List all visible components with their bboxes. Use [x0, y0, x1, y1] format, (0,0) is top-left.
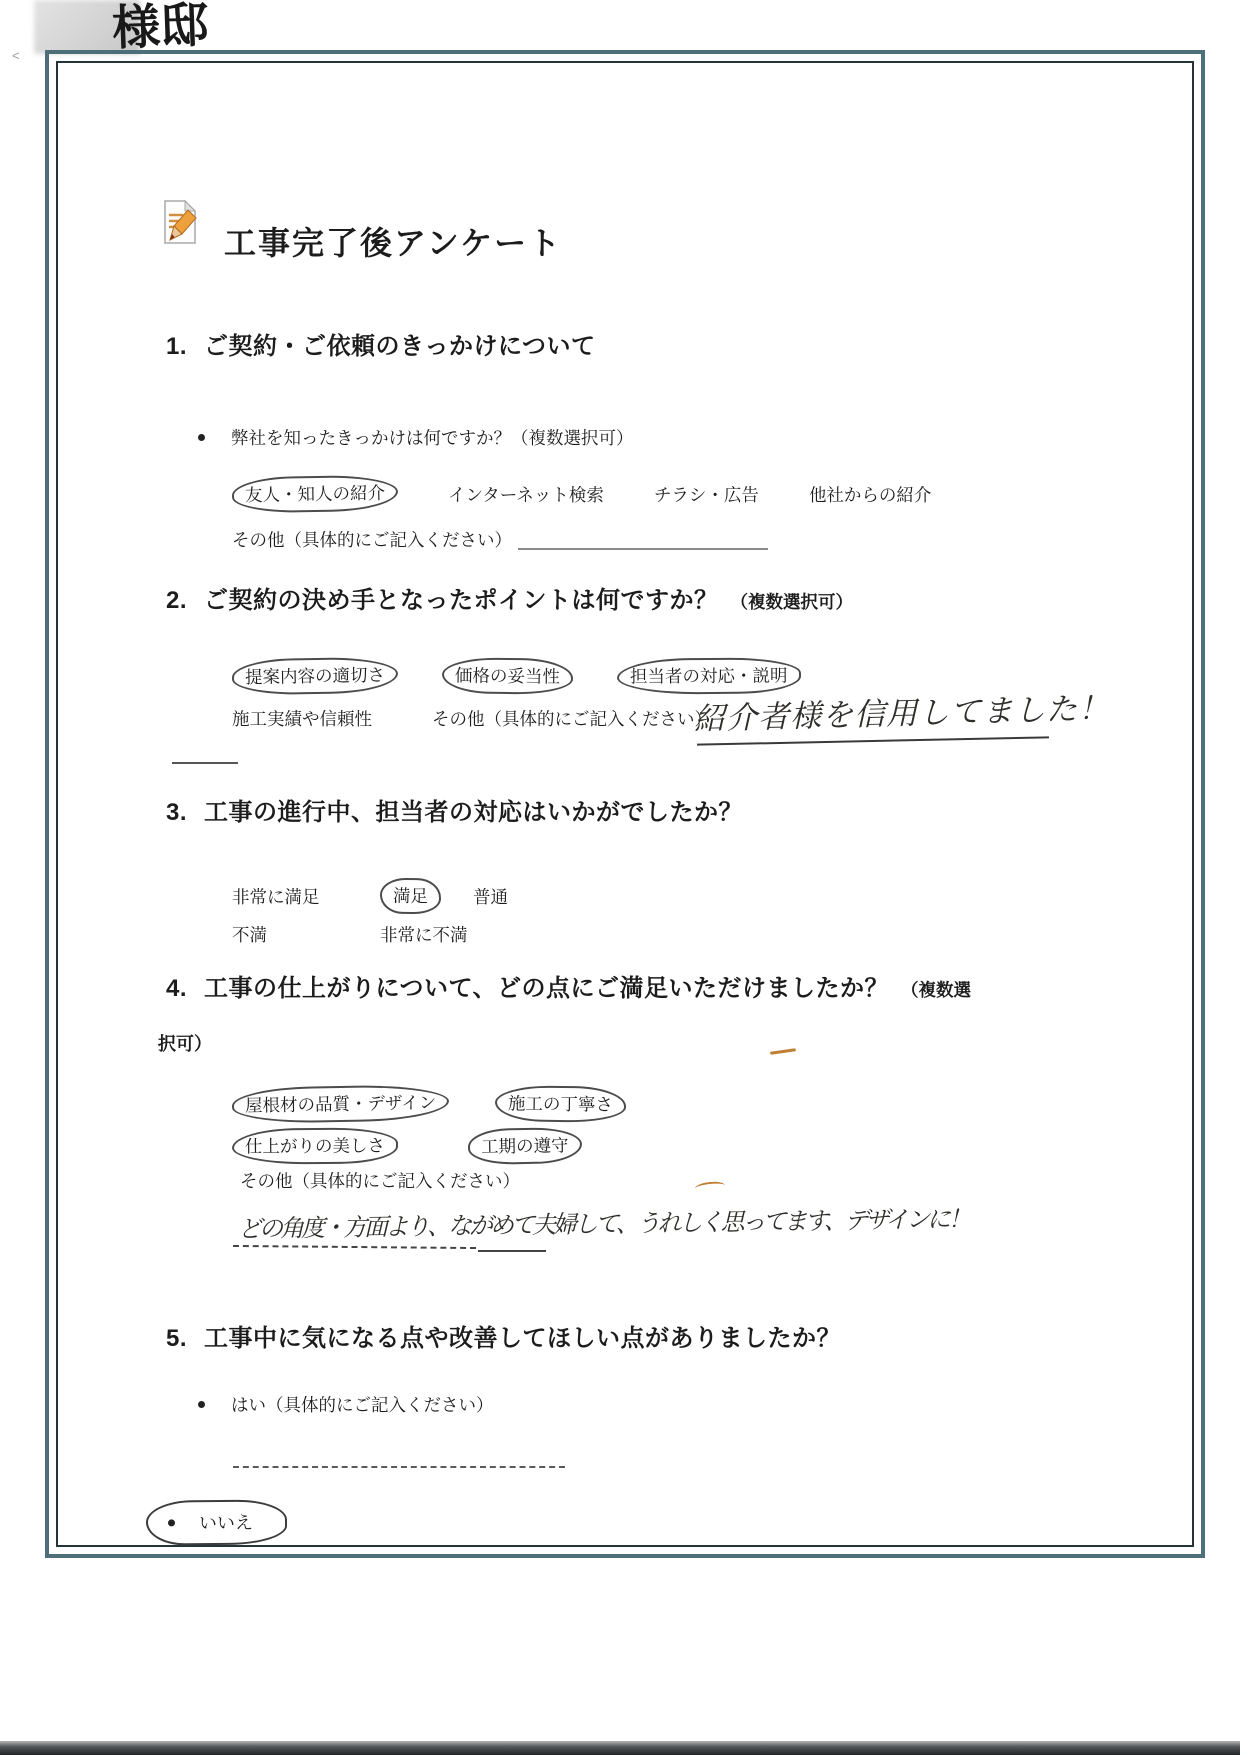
q4-option-roof-quality-design-circled: 屋根材の品質・デザイン	[232, 1084, 450, 1124]
left-margin-short-line	[172, 762, 238, 764]
q3-options-row2: 不満 非常に不満	[232, 922, 468, 947]
q3-option-satisfied-circled: 満足	[380, 878, 441, 915]
q4-options-row1: 屋根材の品質・デザイン 施工の丁寧さ	[232, 1086, 626, 1122]
q2-other-label: その他（具体的にご記入ください）	[432, 706, 712, 731]
q5-option-no-label: いいえ	[199, 1509, 253, 1535]
q5-yes-row: はい（具体的にご記入ください）	[198, 1392, 494, 1417]
question-1-heading: 1. ご契約・ご依頼のきっかけについて	[166, 326, 596, 361]
q1-option-internet-search: インターネット検索	[448, 482, 604, 507]
q1-other-label: その他（具体的にご記入ください）	[232, 527, 512, 552]
q2-option-proposal-circled: 提案内容の適切さ	[232, 657, 399, 696]
question-4-text: 工事の仕上がりについて、どの点にご満足いただけましたか？	[204, 968, 889, 1003]
q2-options-row2: 施工実績や信頼性 その他（具体的にご記入ください）	[232, 706, 712, 731]
q3-option-neutral: 普通	[473, 884, 508, 909]
q3-option-dissatisfied: 不満	[232, 922, 380, 947]
bullet-dot	[168, 1519, 175, 1526]
q3-options-row1: 非常に満足 満足 普通	[232, 878, 508, 914]
q2-option-staff-response-circled: 担当者の対応・説明	[617, 657, 801, 694]
q4-option-careful-work-circled: 施工の丁寧さ	[495, 1085, 626, 1123]
q4-answer-solid-underline	[478, 1250, 546, 1252]
question-5-number: 5.	[166, 1325, 192, 1353]
q4-option-schedule-adherence-circled: 工期の遵守	[468, 1127, 582, 1165]
question-1-text: ご契約・ご依頼のきっかけについて	[204, 326, 596, 361]
q1-options-row: 友人・知人の紹介 インターネット検索 チラシ・広告 他社からの紹介	[232, 476, 931, 512]
scan-corner-mark: <	[12, 48, 20, 63]
q1-option-other-company: 他社からの紹介	[809, 482, 932, 507]
question-2-number: 2.	[166, 587, 192, 615]
q3-option-very-satisfied: 非常に満足	[232, 884, 348, 909]
q1-other-blank-line	[518, 530, 768, 550]
q2-option-price-circled: 価格の妥当性	[442, 657, 573, 695]
q1-subquestion-text: 弊社を知ったきっかけは何ですか？（複数選択可）	[231, 425, 634, 450]
q5-option-yes: はい（具体的にご記入ください）	[231, 1392, 494, 1417]
question-3-text: 工事の進行中、担当者の対応はいかがでしたか？	[204, 792, 743, 827]
q5-yes-blank-dashed-line	[233, 1466, 565, 1468]
scan-bottom-edge-band	[0, 1741, 1240, 1755]
question-1-number: 1.	[166, 333, 192, 361]
document-pencil-icon	[160, 200, 200, 244]
question-2-note: （複数選択可）	[731, 589, 854, 614]
q2-option-track-record: 施工実績や信頼性	[232, 706, 372, 731]
bullet-dot	[198, 1401, 205, 1408]
q4-options-row2: 仕上がりの美しさ 工期の遵守	[232, 1128, 582, 1164]
question-5-heading: 5. 工事中に気になる点や改善してほしい点がありましたか？	[166, 1318, 841, 1353]
q1-other-row: その他（具体的にご記入ください）	[232, 527, 768, 552]
question-3-heading: 3. 工事の進行中、担当者の対応はいかがでしたか？	[166, 792, 743, 827]
q4-option-beautiful-finish-circled: 仕上がりの美しさ	[232, 1127, 398, 1164]
q2-options-row1: 提案内容の適切さ 価格の妥当性 担当者の対応・説明	[232, 658, 801, 694]
question-2-heading: 2. ご契約の決め手となったポイントは何ですか？ （複数選択可）	[166, 580, 853, 615]
q1-subquestion: 弊社を知ったきっかけは何ですか？（複数選択可）	[198, 425, 634, 450]
question-5-text: 工事中に気になる点や改善してほしい点がありましたか？	[204, 1318, 841, 1353]
q1-option-flyer-ad: チラシ・広告	[654, 482, 759, 507]
question-3-number: 3.	[166, 799, 192, 827]
q4-other-row: その他（具体的にご記入ください）	[240, 1168, 520, 1193]
question-4-number: 4.	[166, 975, 192, 1003]
question-4-heading: 4. 工事の仕上がりについて、どの点にご満足いただけましたか？ （複数選	[166, 968, 971, 1003]
question-2-text: ご契約の決め手となったポイントは何ですか？	[204, 580, 719, 615]
q4-other-label: その他（具体的にご記入ください）	[240, 1168, 520, 1193]
question-4-note-part1: （複数選	[901, 977, 971, 1002]
q1-option-friend-referral-circled: 友人・知人の紹介	[232, 475, 399, 514]
q3-option-very-dissatisfied: 非常に不満	[380, 922, 468, 947]
bullet-dot	[198, 434, 205, 441]
question-4-note-part2: 択可）	[158, 1030, 212, 1056]
q5-option-no-circled: いいえ	[146, 1499, 287, 1545]
scanned-survey-page: 様邸 < 工事完了後アンケート 1. ご契約・ご依頼のきっかけについて 弊社を知…	[0, 0, 1240, 1755]
page-title: 工事完了後アンケート	[224, 218, 562, 264]
